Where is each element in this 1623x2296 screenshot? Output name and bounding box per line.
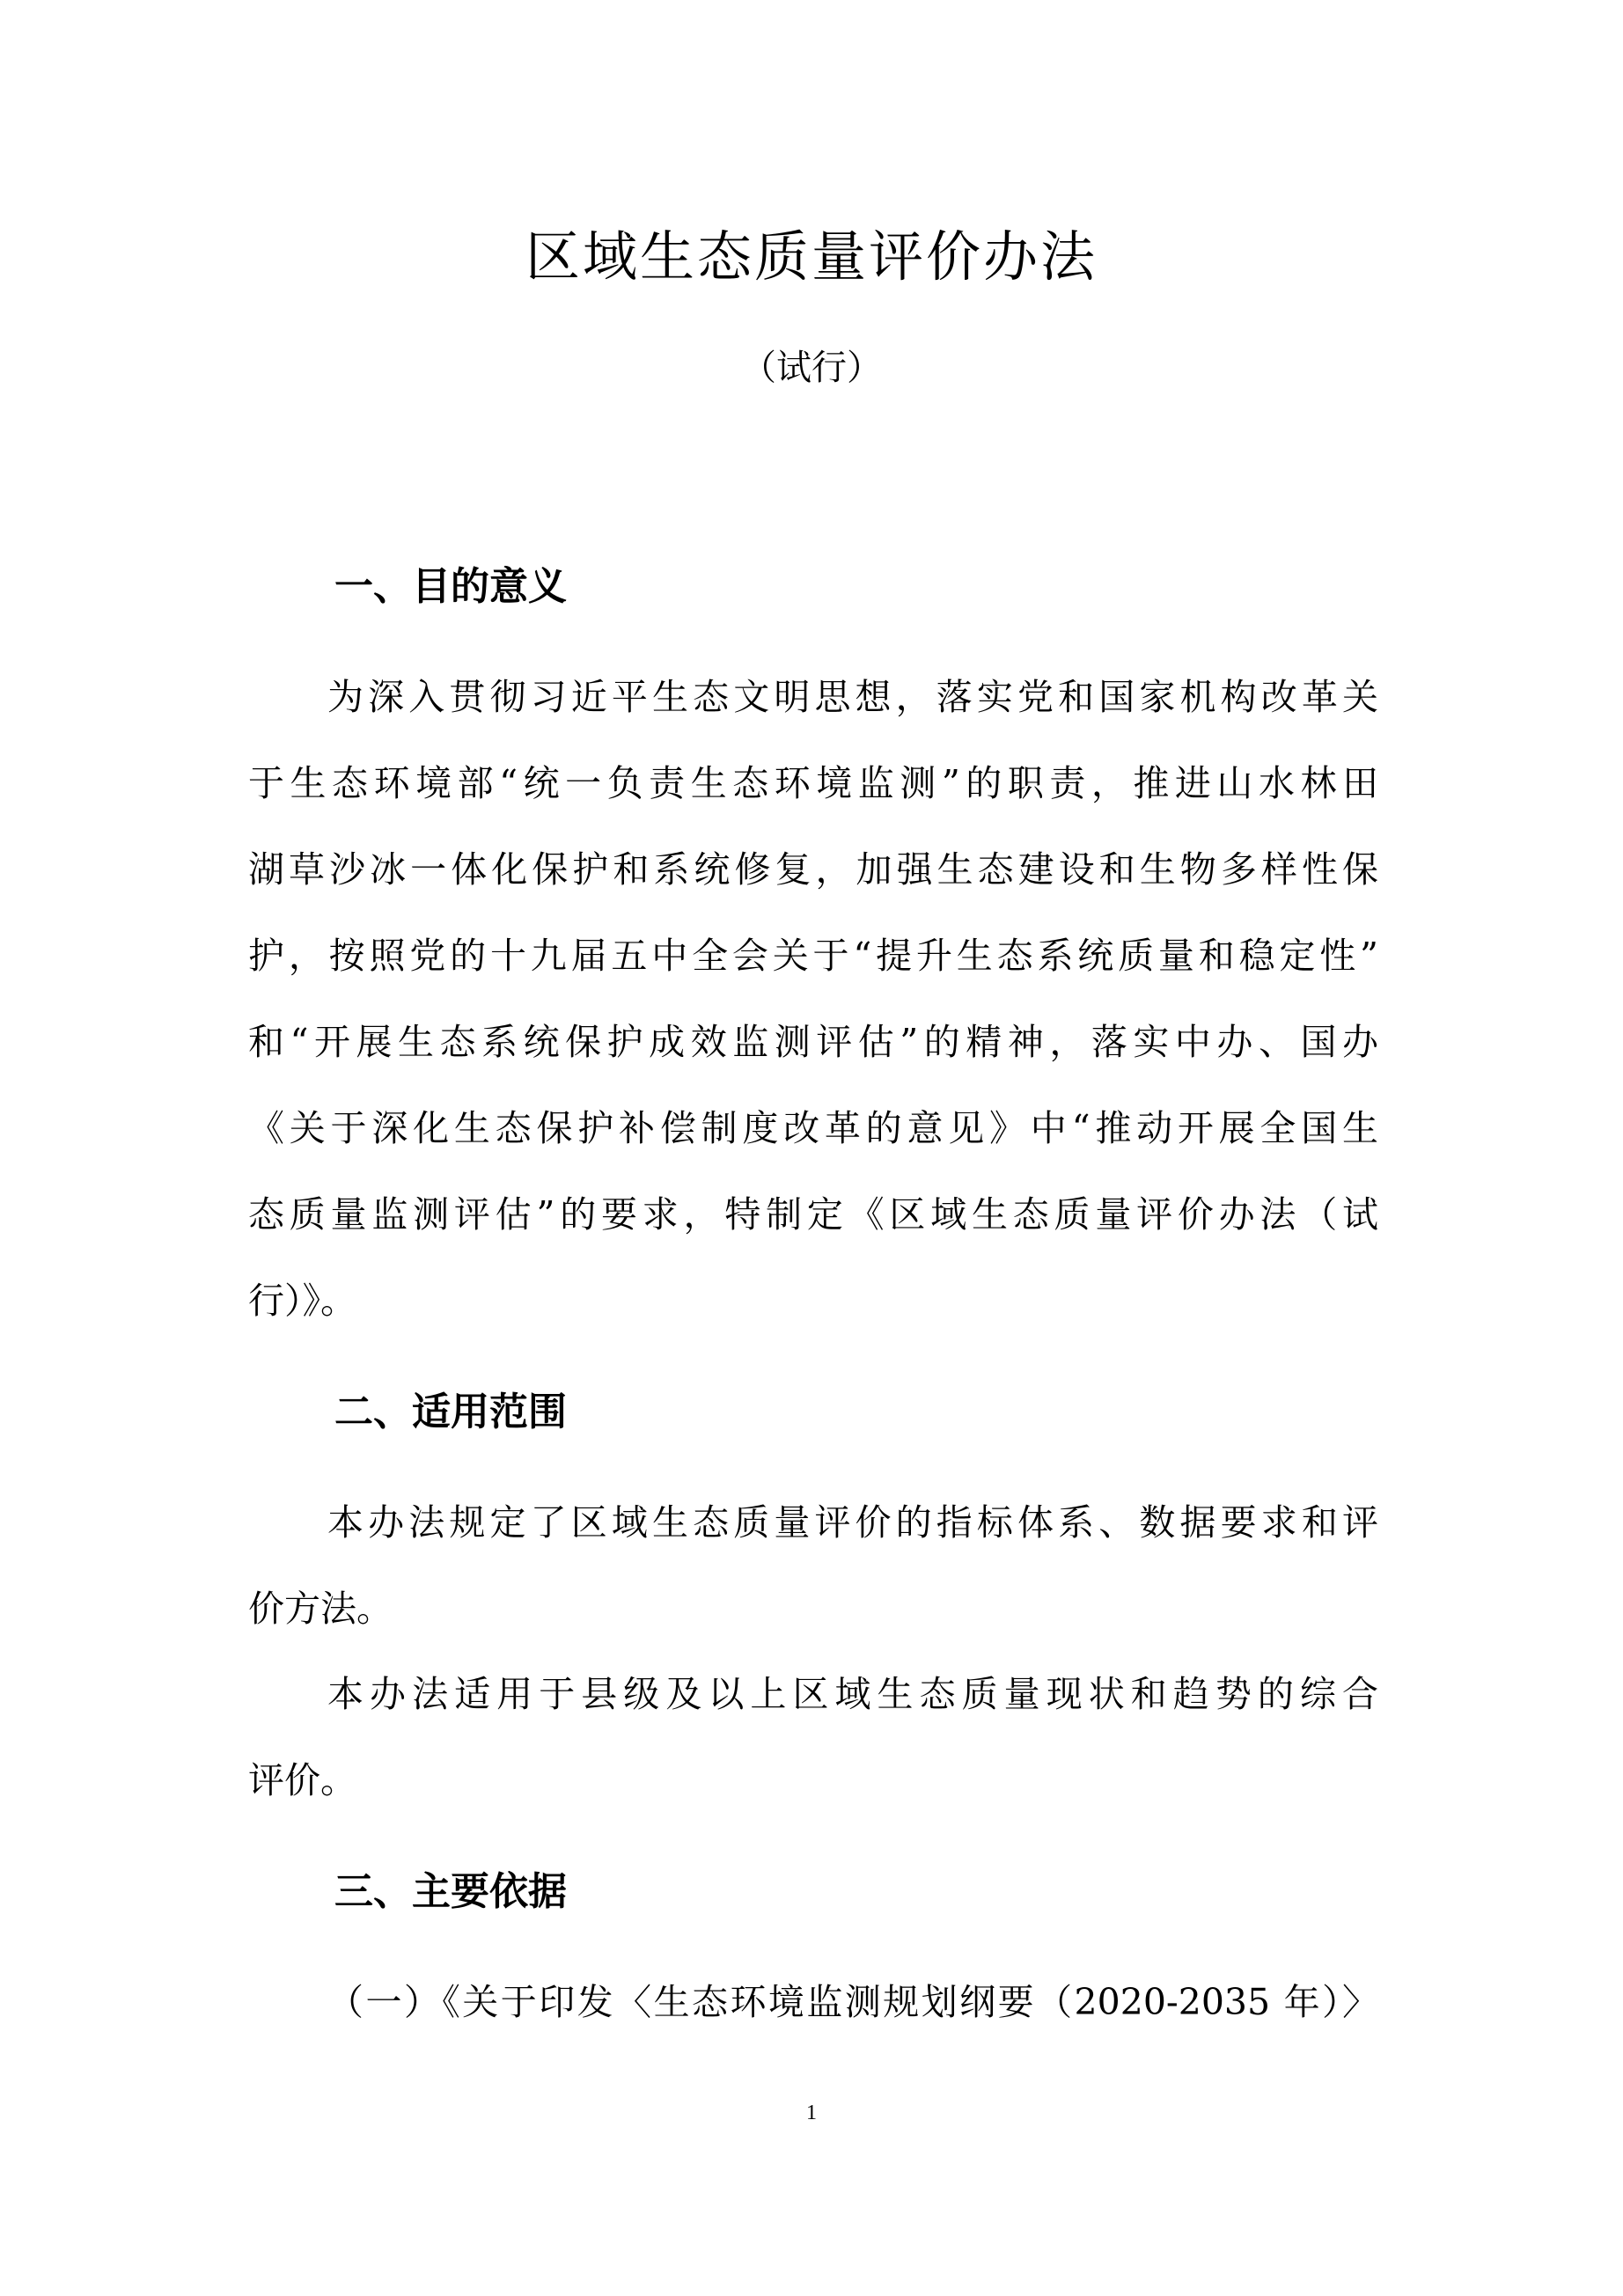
paragraph-line: 本办法规定了区域生态质量评价的指标体系、数据要求和评 (327, 1496, 1378, 1549)
paragraph-line: 价方法。 (248, 1582, 1378, 1635)
paragraph-line: 于生态环境部“统一负责生态环境监测”的职责，推进山水林田 (248, 757, 1378, 810)
document-subtitle: （试行） (0, 343, 1623, 392)
paragraph-line: 本办法适用于县级及以上区域生态质量现状和趋势的综合 (327, 1668, 1378, 1720)
document-title: 区域生态质量评价办法 (0, 222, 1623, 292)
section-heading-scope: 二、适用范围 (334, 1386, 567, 1439)
section-heading-basis: 三、主要依据 (334, 1866, 567, 1918)
paragraph-line: 评价。 (248, 1754, 1378, 1807)
paragraph-line: 态质量监测评估”的要求，特制定《区域生态质量评价办法（试 (248, 1188, 1378, 1241)
section-heading-purpose: 一、目的意义 (334, 561, 567, 613)
paragraph-line: 行）》。 (248, 1274, 1378, 1327)
paragraph-line: 护，按照党的十九届五中全会关于“提升生态系统质量和稳定性” (248, 929, 1378, 982)
paragraph-line: 和“开展生态系统保护成效监测评估”的精神，落实中办、国办 (248, 1016, 1378, 1068)
paragraph-line: 为深入贯彻习近平生态文明思想，落实党和国家机构改革关 (327, 671, 1378, 723)
paragraph-line: 湖草沙冰一体化保护和系统修复，加强生态建设和生物多样性保 (248, 843, 1378, 896)
paragraph-line: （一）《关于印发〈生态环境监测规划纲要（2020-2035 年）〉 (327, 1976, 1378, 2028)
document-page: 区域生态质量评价办法 （试行） 一、目的意义 为深入贯彻习近平生态文明思想，落实… (0, 0, 1623, 2296)
paragraph-line: 《关于深化生态保护补偿制度改革的意见》中“推动开展全国生 (248, 1102, 1378, 1155)
page-number: 1 (0, 2102, 1623, 2125)
